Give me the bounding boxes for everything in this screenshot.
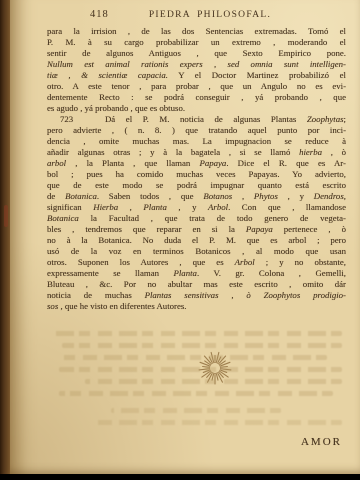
bleedthrough-line (97, 420, 342, 425)
text-line: tiæ , & scientiæ capacia. Y el Doctor Ma… (47, 70, 346, 81)
text-line: significan Hierba , Planta , y Arbol. Co… (47, 202, 346, 213)
text-line: añadir algunas otras ; y à la bagatela ,… (47, 147, 346, 158)
paragraph-continuation: para la irrision , de las dos Sentencias… (47, 26, 346, 114)
paragraph-723: 723 Dá el P. M. noticia de algunas Plant… (47, 114, 346, 312)
bleedthrough-line (50, 331, 342, 336)
running-title: PIEDRA PHILOSOFAL. (110, 10, 310, 20)
page-number: 418 (90, 9, 109, 20)
bleedthrough-line (85, 379, 342, 384)
text-line: otro. A este tenor , para probar , que u… (47, 81, 346, 92)
text-line: sentir de algunos Antiguos , que Sexto E… (47, 48, 346, 59)
bleedthrough-line (59, 391, 333, 396)
book-page: 418 PIEDRA PHILOSOFAL. para la irrision … (10, 0, 360, 474)
bleedthrough-text (50, 331, 342, 431)
bleedthrough-line (62, 355, 328, 360)
text-line: sos , que he visto en diferentes Autores… (47, 301, 346, 312)
text-line: dentemente Recto : se podrá conseguir , … (47, 92, 346, 103)
catchword: AMOR (301, 436, 342, 448)
text-line: otros. Suponen los Autores , que es Arbo… (47, 257, 346, 268)
text-line: P. M. à su cargo probabilizar un extremo… (47, 37, 346, 48)
text-line: de Botanica. Saben todos , que Botanos ,… (47, 191, 346, 202)
text-line: bol ; pues ha comido muchas veces Papaya… (47, 169, 346, 180)
bleedthrough-line (111, 408, 280, 413)
bleedthrough-line (62, 343, 342, 348)
text-line: pero advierte , ( n. 8. ) que tratando a… (47, 125, 346, 136)
text-line: no à la Botanica. No duda el P. M. que e… (47, 235, 346, 246)
text-line: Nullum est animal rationis expers , sed … (47, 59, 346, 70)
body-text: para la irrision , de las dos Sentencias… (47, 26, 346, 312)
page-header: 418 PIEDRA PHILOSOFAL. (10, 9, 360, 25)
text-line: que de este modo se podrá impugnar quant… (47, 180, 346, 191)
text-line: noticia de muchas Plantas sensitivas , ò… (47, 290, 346, 301)
text-line: usó de la voz en terminos Botanicos , al… (47, 246, 346, 257)
text-line: Bluteau , &c. Por no abultar mas este es… (47, 279, 346, 290)
book-page-scan: 418 PIEDRA PHILOSOFAL. para la irrision … (0, 0, 360, 480)
text-line: arbol , la Planta , que llaman Papaya. D… (47, 158, 346, 169)
text-line: dencia , omite muchas mas. La impugnacio… (47, 136, 346, 147)
bleedthrough-line (59, 367, 342, 372)
text-line: bles , tendremos que reparar en si la Pa… (47, 224, 346, 235)
text-line: es agudo , yá probando , que es obtuso. (47, 103, 346, 114)
text-line: 723 Dá el P. M. noticia de algunas Plant… (47, 114, 346, 125)
text-line: Botanica la Facultad , que trata de todo… (47, 213, 346, 224)
text-line: expressamente se llaman Planta. V. gr. C… (47, 268, 346, 279)
text-line: para la irrision , de las dos Sentencias… (47, 26, 346, 37)
